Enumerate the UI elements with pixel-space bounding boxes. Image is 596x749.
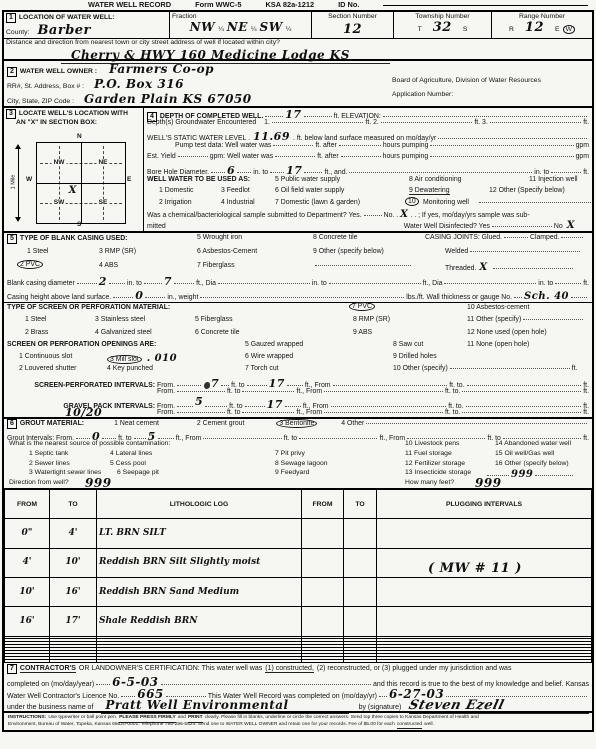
blank-casing-diameter-label: Blank casing diameter — [7, 280, 75, 287]
dotted-leader — [493, 267, 573, 269]
dotted-leader — [364, 214, 382, 216]
contamination-option: 2 Sewer lines — [29, 460, 70, 467]
disinfected-no-label: No — [554, 223, 563, 230]
dotted-leader — [109, 282, 125, 284]
gravel-pack-size-note: 10/20 — [65, 406, 102, 419]
in-to-label: in. to — [538, 280, 553, 287]
dotted-leader — [102, 437, 116, 439]
dotted-leader — [113, 296, 133, 298]
dotted-leader — [287, 384, 303, 386]
township-value: 32 — [433, 20, 452, 35]
dotted-leader — [221, 384, 229, 386]
ft-label: ft. — [583, 409, 589, 416]
dotted-leader — [479, 201, 591, 203]
lithology-cell: Reddish BRN Silt Slightly moist — [97, 548, 302, 577]
dotted-leader — [349, 171, 532, 173]
use-option: 3 Feedlot — [221, 187, 250, 194]
wall-thickness-label: lbs./ft. Wall thickness or gauge No. — [406, 294, 512, 301]
use-option: 12 Other (Specify below) — [489, 187, 565, 194]
section-7-number: 7 — [7, 664, 17, 674]
instructions-text: Environment, Bureau of Water, Topeka, Ka… — [8, 722, 395, 729]
dotted-leader — [438, 137, 587, 139]
dotted-leader — [77, 282, 97, 284]
screen-material-title: TYPE OF SCREEN OR PERFORATION MATERIAL: — [7, 304, 170, 311]
dotted-leader — [492, 225, 552, 227]
dotted-leader — [177, 405, 193, 407]
contamination-option: 9 Feedyard — [275, 469, 309, 476]
ft-after-label: ft. after — [315, 142, 336, 149]
column-header: TO — [344, 490, 377, 519]
screen-material-option: 6 Concrete tile — [195, 329, 239, 336]
form-body: 1LOCATION OF WATER WELL: County:Barber F… — [2, 10, 594, 732]
depth-value: 17 — [285, 108, 301, 121]
distance-row: Distance and direction from nearest town… — [4, 39, 592, 61]
dotted-leader — [383, 115, 587, 117]
dotted-leader — [177, 390, 225, 392]
sample-no-label: No. . — [384, 212, 399, 219]
use-option: 8 Air conditioning — [409, 176, 461, 183]
range-r: R — [509, 26, 514, 33]
use-option: 5 Public water supply — [275, 176, 340, 183]
ft-from-label: ft., From — [296, 388, 322, 395]
casing-depth-value: 7 — [164, 275, 172, 288]
table-row: 10'16'Reddish BRN Sand Medium — [5, 577, 592, 606]
contamination-option: 8 Sewage lagoon — [275, 460, 328, 467]
dotted-leader — [96, 683, 110, 685]
township-s: S — [463, 26, 468, 33]
how-many-feet-label: How many feet? — [405, 479, 454, 486]
dotted-leader — [237, 171, 251, 173]
section-1-location: 1LOCATION OF WATER WELL: County:Barber F… — [4, 12, 592, 39]
section-box-square: NW NE SW SE X — [36, 142, 126, 224]
grout-option-bentonite-circled: 3 Bentonite — [276, 419, 317, 428]
use-option-dewatering-underlined: 9 Dewatering — [409, 187, 450, 195]
dotted-leader — [245, 405, 265, 407]
grout-option: 4 Other — [341, 420, 364, 427]
from-cell: 4' — [5, 548, 50, 577]
contamination-option: 11 Fuel storage — [405, 450, 452, 457]
business-name-label: under the business name of — [7, 704, 93, 711]
from-label: From. — [157, 409, 175, 416]
owner-value: Farmers Co-op — [109, 62, 214, 76]
dotted-leader — [514, 296, 522, 298]
dotted-leader — [535, 474, 573, 476]
table-row: 0"4'LT. BRN SILT — [5, 519, 592, 548]
dotted-leader — [315, 264, 411, 266]
contamination-option: 14 Abandoned water well — [495, 440, 571, 447]
owner-label: WATER WELL OWNER : — [20, 68, 97, 75]
from-cell: 0" — [5, 519, 50, 548]
dotted-leader — [503, 437, 581, 439]
dotted-leader — [490, 121, 582, 123]
fraction-3-value: SW — [260, 20, 283, 34]
dotted-leader — [381, 121, 473, 123]
dotted-leader — [299, 437, 377, 439]
casing-option: 3 RMP (SR) — [99, 248, 136, 255]
use-option-monitoring-well: Monitoring well — [423, 199, 469, 206]
contamination-option: 7 Pit privy — [275, 450, 305, 457]
use-option: 7 Domestic (lawn & garden) — [275, 199, 360, 206]
ft-to-label: ft. to. — [445, 409, 460, 416]
quadrant-se-label: SE — [97, 199, 110, 206]
completed-on-label: completed on (mo/day/year) — [7, 681, 94, 688]
casing-height-value: 0 — [135, 289, 143, 302]
gravel-pack-from-value: 5 — [195, 395, 203, 408]
fraction-2-value: NE — [227, 20, 248, 34]
constructed-underlined: (1) constructed, — [265, 665, 314, 673]
casing-height-label: Casing height above land surface. — [7, 294, 111, 301]
quarter-symbol: ¼ — [218, 26, 224, 33]
dotted-leader — [470, 250, 580, 252]
dotted-leader — [275, 155, 315, 157]
mile-label: 1 Mile — [10, 175, 16, 190]
column-header: FROM — [5, 490, 50, 519]
gpm-label: gpm — [576, 153, 589, 160]
certification-text: OR LANDOWNER'S CERTIFICATION: This water… — [79, 665, 262, 672]
id-label: ID No. — [338, 0, 359, 9]
certification-text: (2) reconstructed, or (3) plugged under … — [317, 665, 512, 672]
ft-after-label: ft. after — [317, 153, 338, 160]
screen-material-option: 12 None used (open hole) — [467, 329, 547, 336]
gw1-label: 1. — [264, 119, 270, 126]
section-3-number: 3 — [6, 109, 16, 119]
to-cell: 16' — [50, 577, 97, 606]
water-well-record-form: WATER WELL RECORD Form WWC-5 KSA 82a-121… — [0, 0, 596, 749]
casing-option: 1 Steel — [27, 248, 48, 255]
contamination-option: 12 Fertilizer storage — [405, 460, 465, 467]
dotted-leader — [467, 384, 582, 386]
dotted-leader — [242, 411, 294, 413]
section-6-number: 6 — [7, 419, 17, 429]
sample-question-label: Was a chemical/bacteriological sample su… — [147, 212, 362, 219]
ft-to-label: ft. to. — [445, 388, 460, 395]
township-t: T — [418, 26, 422, 33]
section-3-title-line2: AN "X" IN SECTION BOX: — [16, 119, 97, 126]
dotted-leader — [144, 282, 162, 284]
section-3-4-row: 3LOCATE WELL'S LOCATION WITH AN "X" IN S… — [4, 108, 592, 233]
slot-size-value: . 010 — [147, 353, 177, 364]
city-label: City, State, ZIP Code : — [7, 98, 74, 105]
quadrant-sw-label: SW — [52, 199, 66, 206]
section-6-grout: 6GROUT MATERIAL:1 Neat cement2 Cement gr… — [4, 419, 592, 489]
opening-option: 1 Continuous slot — [19, 353, 72, 360]
screen-material-pvc-circled: 7 PVC — [349, 302, 375, 311]
lithology-cell: LT. BRN SILT — [97, 519, 302, 548]
section-5-number: 5 — [7, 234, 17, 244]
grout-option: 2 Cement grout — [197, 420, 245, 427]
instructions-label: INSTRUCTIONS: — [8, 715, 46, 722]
column-header: FROM — [302, 490, 344, 519]
dotted-leader — [523, 318, 583, 320]
table-empty-row — [5, 659, 592, 662]
range-e: E — [555, 26, 560, 33]
opening-option: 9 Drilled holes — [393, 353, 437, 360]
sample-question-rest: . . ; If yes, mo/day/yrs sample was sub- — [410, 212, 529, 219]
contamination-option: 6 Seepage pit — [117, 469, 159, 476]
section-number-label: Section Number — [314, 13, 391, 20]
to-cell: 17' — [50, 607, 97, 636]
dotted-leader — [270, 171, 284, 173]
disinfected-label: Water Well Disinfected? Yes — [404, 223, 490, 230]
dotted-leader — [333, 384, 448, 386]
ft-from-label: ft., From — [296, 409, 322, 416]
casing-option: 8 Concrete tile — [313, 234, 357, 241]
opening-option: 5 Gauzed wrapped — [245, 341, 303, 348]
dotted-leader — [341, 155, 381, 157]
screen-material-option: 2 Brass — [25, 329, 48, 336]
dotted-leader — [571, 296, 587, 298]
lithology-cell: Shale Reddish BRN — [97, 607, 302, 636]
dotted-leader — [134, 437, 146, 439]
screen-material-option: 10 Asbestos-cement — [467, 304, 529, 311]
section-5-casing: 5TYPE OF BLANK CASING USED: 5 Wrought ir… — [4, 233, 592, 419]
column-header: LITHOLOGIC LOG — [97, 490, 302, 519]
ft-to-label: ft. to — [227, 409, 240, 416]
dotted-leader — [211, 171, 225, 173]
table-header-row: FROM TO LITHOLOGIC LOG FROM TO PLUGGING … — [5, 490, 592, 519]
screen-material-option: 5 Fiberglass — [195, 316, 233, 323]
contamination-option: 10 Livestock pens — [405, 440, 459, 447]
dotted-leader — [121, 695, 135, 697]
fraction-cell: Fraction NW¼ NE¼ SW¼ — [170, 12, 312, 38]
form-number: Form WWC-5 — [195, 0, 241, 9]
instructions-text: well. — [424, 722, 434, 729]
range-value: 12 — [525, 20, 544, 35]
disinfected-no-x-mark: X — [567, 220, 575, 231]
contractors-label-underlined: CONTRACTOR'S — [20, 665, 76, 673]
casing-option: 5 Wrought iron — [197, 234, 242, 241]
dotted-leader — [265, 115, 283, 117]
dotted-leader — [76, 437, 90, 439]
id-blank-line — [383, 4, 588, 6]
compass-north-label: N — [77, 133, 82, 140]
contamination-option: 13 Insecticide storage — [405, 469, 471, 476]
ft-label: ft. — [572, 365, 578, 372]
dotted-leader — [158, 437, 174, 439]
signature-value: Steven Ezell — [408, 698, 507, 713]
dotted-leader — [304, 115, 332, 117]
dotted-leader — [379, 695, 387, 697]
column-header: PLUGGING INTERVALS — [377, 490, 592, 519]
by-signature-label: by (signature) — [359, 704, 402, 711]
dotted-leader — [304, 171, 322, 173]
threaded-x-mark: X — [479, 262, 487, 273]
contamination-option: 15 Oil well/Gas well — [495, 450, 554, 457]
contamination-option: 4 Lateral lines — [110, 450, 152, 457]
ft-dia-label: ft., Dia — [196, 280, 216, 287]
opening-option: 11 None (open hole) — [467, 341, 529, 348]
dotted-leader — [555, 282, 581, 284]
opening-option: 6 Wire wrapped — [245, 353, 293, 360]
instructions-text: clearly. Please fill in blanks, underlin… — [205, 715, 479, 722]
section-1-title: LOCATION OF WATER WELL: — [19, 14, 115, 21]
opening-option: 2 Louvered shutter — [19, 365, 76, 372]
constructed-word-underlined: constructed — [397, 722, 422, 730]
quadrant-ne-label: NE — [96, 159, 109, 166]
sample-no-x-mark: X — [400, 209, 408, 220]
fraction-label: Fraction — [172, 13, 309, 20]
dotted-leader — [324, 411, 443, 413]
compass-east-label: E — [127, 176, 131, 183]
compass-west-label: W — [26, 176, 32, 183]
dotted-leader — [273, 144, 313, 146]
gw2-label: ft. 2. — [365, 119, 378, 126]
ft-dia-label: ft., Dia — [423, 280, 443, 287]
township-cell: Township Number T32S — [394, 12, 492, 38]
county-cell: 1LOCATION OF WATER WELL: County:Barber — [4, 12, 170, 38]
city-value: Garden Plain KS 67050 — [84, 92, 252, 106]
ft-label: ft. — [583, 388, 589, 395]
dotted-leader — [242, 390, 294, 392]
address-value: P.O. Box 316 — [94, 77, 184, 91]
use-as-label: WELL WATER TO BE USED AS: — [147, 176, 250, 183]
dotted-leader — [200, 296, 404, 298]
casing-joints-welded-label: Welded — [445, 248, 468, 255]
from-label: From. — [157, 388, 175, 395]
in-to-label: in. to — [127, 280, 142, 287]
hours-pumping-label: hours pumping — [383, 153, 429, 160]
use-option: 2 Irrigation — [159, 199, 192, 206]
range-cell: Range Number R12EW — [492, 12, 592, 38]
dotted-leader — [450, 367, 570, 369]
openings-title: SCREEN OR PERFORATION OPENINGS ARE: — [7, 341, 156, 348]
grout-material-label: GROUT MATERIAL: — [20, 420, 84, 427]
from-cell: 10' — [5, 577, 50, 606]
opening-option-mill-slot-circled: 3 Mill slot — [107, 355, 142, 364]
gw3-label: ft. 3. — [474, 119, 487, 126]
direction-from-well-label: Direction from well? — [9, 479, 69, 486]
use-option-10-circled: 10 — [405, 197, 419, 206]
lithologic-log-table: FROM TO LITHOLOGIC LOG FROM TO PLUGGING … — [4, 489, 592, 663]
casing-diameter-value: 2 — [99, 275, 107, 288]
casing-option: 7 Fiberglass — [197, 262, 235, 269]
county-label: County: — [6, 29, 29, 36]
dotted-leader — [331, 405, 447, 407]
section-2-owner: 2WATER WELL OWNER :Farmers Co-op RR#, St… — [4, 61, 592, 108]
section-box-diagram: N S W E 1 Mile NW — [4, 130, 144, 228]
one-mile-arrow: 1 Mile — [14, 146, 22, 220]
opening-option: 4 Key punched — [107, 365, 153, 372]
page-title: WATER WELL RECORD — [88, 0, 171, 9]
dotted-leader — [145, 296, 165, 298]
dotted-leader — [247, 384, 267, 386]
est-yield-label: Est. Yield — [147, 153, 176, 160]
mitted-label: mitted — [147, 223, 166, 230]
monitoring-well-annotation: ( MW # 11 ) — [428, 561, 522, 576]
blank-casing-block: 5TYPE OF BLANK CASING USED: 5 Wrought ir… — [4, 233, 592, 303]
dotted-leader — [324, 390, 443, 392]
from-cell: 16' — [5, 607, 50, 636]
section-3-title-line1: LOCATE WELL'S LOCATION WITH — [19, 110, 128, 117]
casing-option: 6 Asbestos-Cement — [197, 248, 257, 255]
ft-to-label: ft. to — [227, 388, 240, 395]
column-header: TO — [50, 490, 97, 519]
dotted-leader — [466, 405, 582, 407]
range-w-circled: W — [563, 25, 575, 34]
dotted-leader — [272, 121, 364, 123]
screen-material-option: 9 ABS — [353, 329, 372, 336]
pump-test-label: Pump test data: Well water was — [175, 142, 271, 149]
casing-joints-glued-label: CASING JOINTS: Glued. — [425, 234, 502, 241]
groundwater-label: Depth(s) Groundwater Encountered — [147, 119, 256, 126]
dotted-leader — [174, 282, 194, 284]
section-7-certification: 7CONTRACTOR'SOR LANDOWNER'S CERTIFICATIO… — [4, 663, 592, 713]
use-option: 6 Oil field water supply — [275, 187, 344, 194]
dotted-leader — [285, 405, 301, 407]
section-1-number: 1 — [6, 13, 16, 23]
screen-material-option: 3 Stainless steel — [95, 316, 145, 323]
mile-arrow-line — [18, 146, 19, 220]
dotted-leader — [177, 411, 225, 413]
casing-joints-threaded-label: Threaded. — [445, 265, 476, 272]
section-4-depth: 4DEPTH OF COMPLETED WELL.17ft. ELEVATION… — [144, 108, 592, 231]
to-cell: 10' — [50, 548, 97, 577]
dotted-leader — [329, 282, 421, 284]
opening-option: 10 Other (specify) — [393, 365, 448, 372]
screen-material-option: 11 Other (specify) — [467, 316, 521, 323]
in-weight-label: in., weight — [167, 294, 198, 301]
lithologic-log-table-wrap: FROM TO LITHOLOGIC LOG FROM TO PLUGGING … — [4, 489, 592, 663]
in-to-label: in. to — [312, 280, 327, 287]
gauge-value: Sch. 40 — [524, 291, 569, 302]
contamination-option: 16 Other (specify below) — [495, 460, 569, 467]
section-number-value: 12 — [343, 22, 362, 37]
section-number-cell: Section Number 12 — [312, 12, 394, 38]
use-option: 1 Domestic — [159, 187, 193, 194]
screen-material-option: 4 Galvanized steel — [95, 329, 152, 336]
instructions-text: and — [178, 715, 186, 722]
instructions-text: Use typewriter or ball point pen. — [48, 715, 117, 722]
screen-material-option: 8 RMP (SR) — [353, 316, 390, 323]
dotted-leader — [339, 144, 381, 146]
quarter-symbol: ¼ — [286, 26, 292, 33]
contamination-question-label: What is the nearest source of possible c… — [9, 440, 170, 447]
quarter-symbol: ¼ — [251, 26, 257, 33]
board-of-agriculture-text: Board of Agriculture, Division of Water … — [392, 77, 541, 84]
dotted-leader — [161, 683, 372, 685]
center-horizontal-line — [37, 183, 125, 184]
contamination-option: 1 Septic tank — [29, 450, 68, 457]
dotted-leader — [407, 437, 485, 439]
quadrant-nw-label: NW — [52, 159, 67, 166]
dotted-leader — [504, 236, 528, 238]
ft-label: ft. — [583, 280, 589, 287]
form-header: WATER WELL RECORD Form WWC-5 KSA 82a-121… — [88, 0, 588, 9]
dotted-leader — [178, 155, 208, 157]
application-number-label: Application Number: — [392, 91, 453, 98]
intervals-block: SCREEN-PERFORATED INTERVALS:From.7ft. to… — [4, 377, 592, 419]
dotted-leader — [561, 236, 583, 238]
section-2-number: 2 — [7, 67, 17, 77]
dotted-leader — [366, 422, 587, 424]
well-location-x-mark: X — [69, 185, 77, 196]
use-option: 4 Industrial — [221, 199, 255, 206]
hours-pumping-label: hours pumping — [383, 142, 429, 149]
casing-joints-clamped-label: Clamped. — [530, 234, 560, 241]
dotted-leader — [205, 405, 227, 407]
township-label: Township Number — [396, 13, 489, 20]
business-name-value: Pratt Well Environmental — [101, 698, 348, 714]
use-option: 11 Injection well — [529, 176, 578, 183]
dotted-leader — [462, 411, 581, 413]
screen-material-option: 1 Steel — [25, 316, 46, 323]
statute-reference: KSA 82a-1212 — [265, 0, 314, 9]
to-cell: 4' — [50, 519, 97, 548]
dotted-leader — [430, 144, 573, 146]
contamination-option: 5 Cess pool — [110, 460, 146, 467]
dotted-leader — [551, 171, 581, 173]
opening-option: 7 Torch cut — [245, 365, 279, 372]
